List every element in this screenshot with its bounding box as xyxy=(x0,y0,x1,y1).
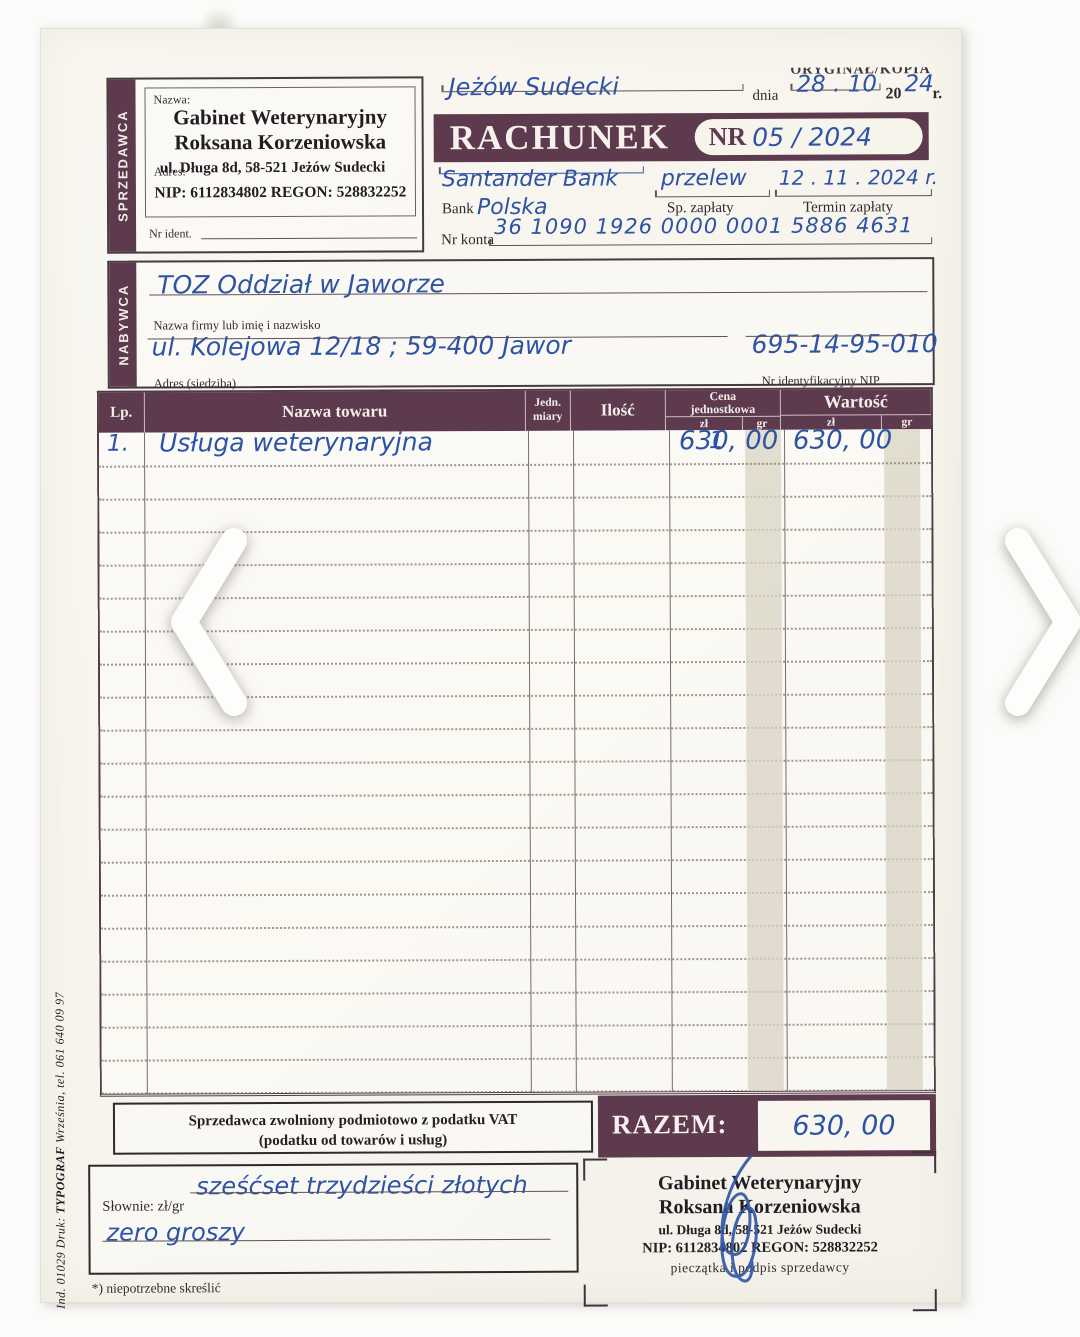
buyer-nip-handwritten: 695-14-95-010 xyxy=(752,329,938,359)
in-words-line1-handwritten: sześćset trzydzieści złotych xyxy=(196,1171,528,1200)
row-lp: 1. xyxy=(107,431,129,457)
buyer-section: NABYWCA TOZ Oddział w Jaworze Nazwa firm… xyxy=(107,257,935,389)
year-suffix: r. xyxy=(932,85,942,103)
seller-name-line2: Roksana Korzeniowska xyxy=(146,129,415,155)
total-amount-box: 630, 00 xyxy=(758,1100,930,1151)
seller-section-label: SPRZEDAWCA xyxy=(115,109,130,222)
amount-in-words-box: Słownie: zł/gr sześćset trzydzieści złot… xyxy=(88,1163,578,1275)
table-empty-row xyxy=(100,761,932,798)
place-handwritten: Jeżów Sudecki xyxy=(448,72,619,101)
in-words-line2-handwritten: zero groszy xyxy=(106,1218,245,1247)
rule-line xyxy=(655,196,770,198)
table-header: Lp. Nazwa towaru Jedn. miary Ilość Cena … xyxy=(99,389,931,433)
gr-strip-value xyxy=(884,429,923,1090)
table-empty-row xyxy=(101,893,933,930)
due-date-handwritten: 12 . 11 . 2024 r. xyxy=(779,165,938,190)
table-row: 1. Usługa weterynaryjna 1 630, 00 630, 0… xyxy=(99,429,931,468)
next-image-button[interactable] xyxy=(988,525,1080,720)
buyer-address-handwritten: ul. Kolejowa 12/18 ; 59-400 Jawor xyxy=(152,331,571,362)
seller-inner-box: Nazwa: Gabinet Weterynaryjny Roksana Kor… xyxy=(144,86,416,217)
payment-method-handwritten: przelew xyxy=(661,166,747,191)
rule-line xyxy=(489,243,932,246)
vat-exemption-note: Sprzedawca zwolniony podmiotowo z podatk… xyxy=(113,1101,593,1155)
invoice-title-banner: RACHUNEK NR 05 / 2024 xyxy=(434,112,929,162)
invoice-number-handwritten: 05 / 2024 xyxy=(752,122,872,152)
date-label: dnia xyxy=(752,88,778,105)
table-empty-row xyxy=(99,464,931,501)
total-box: RAZEM: 630, 00 xyxy=(598,1094,936,1157)
seller-nip-regon: NIP: 6112834802 REGON: 528832252 xyxy=(146,183,415,202)
seller-name-line1: Gabinet Weterynaryjny xyxy=(146,104,415,130)
col-name: Nazwa towaru xyxy=(143,391,524,433)
buyer-section-label: NABYWCA xyxy=(115,284,130,366)
in-words-label: Słownie: zł/gr xyxy=(102,1198,184,1215)
table-empty-row xyxy=(101,992,933,1029)
account-number-handwritten: 36 1090 1926 0000 0001 5886 4631 xyxy=(494,213,914,239)
table-empty-row xyxy=(101,827,933,864)
invoice-number-pill: NR 05 / 2024 xyxy=(695,118,923,155)
table-empty-row xyxy=(101,926,933,963)
previous-image-button[interactable] xyxy=(158,525,268,720)
col-value: Wartość zł gr xyxy=(780,389,931,430)
stamp-signature-area: Gabinet Weterynaryjny Roksana Korzeniows… xyxy=(583,1157,937,1285)
year-handwritten: 24 xyxy=(904,71,933,97)
table-empty-row xyxy=(101,794,933,831)
chevron-left-icon xyxy=(158,525,268,720)
rule-line xyxy=(201,237,417,239)
total-label: RAZEM: xyxy=(612,1109,728,1141)
year-prefix: 20 xyxy=(885,85,901,103)
table-empty-row xyxy=(101,860,933,897)
col-unit: Jedn. miary xyxy=(525,391,570,431)
table-empty-row xyxy=(102,1058,934,1094)
invoice-number-label: NR xyxy=(695,122,747,152)
row-unit-price: 630, 00 xyxy=(679,429,778,456)
date-handwritten: 28 . 10 xyxy=(796,71,877,97)
col-value-gr: gr xyxy=(881,415,932,429)
crop-mark-icon xyxy=(913,1289,937,1311)
crop-mark-icon xyxy=(584,1285,608,1307)
seller-address: ul. Długa 8d, 58-521 Jeżów Sudecki xyxy=(160,160,386,178)
rule-line xyxy=(775,195,932,197)
invoice-title: RACHUNEK xyxy=(434,117,670,158)
chevron-right-icon xyxy=(988,525,1080,720)
col-unit-price-zl: zł xyxy=(666,417,742,430)
image-viewer: ORYGINAŁ/KOPIA *) Jeżów Sudecki dnia 28 … xyxy=(0,0,1080,1337)
seller-section: SPRZEDAWCA Nazwa: Gabinet Weterynaryjny … xyxy=(106,76,424,253)
crop-mark-icon xyxy=(912,1151,936,1173)
items-table: Lp. Nazwa towaru Jedn. miary Ilość Cena … xyxy=(97,387,936,1097)
account-label: Nr konta xyxy=(441,232,494,249)
bank-label: Bank xyxy=(442,201,474,218)
signature-scribble xyxy=(673,1152,824,1303)
row-name: Usługa weterynaryjna xyxy=(159,429,433,457)
seller-section-bar: SPRZEDAWCA xyxy=(108,80,136,252)
row-value: 630, 00 xyxy=(793,429,892,456)
total-amount-handwritten: 630, 00 xyxy=(792,1110,895,1141)
table-empty-row xyxy=(100,728,932,765)
footnote: *) niepotrzebne skreślić xyxy=(92,1280,221,1297)
col-qty: Ilość xyxy=(569,390,665,430)
col-lp: Lp. xyxy=(99,393,144,433)
buyer-section-bar: NABYWCA xyxy=(109,263,137,387)
printer-info: Ind. 01029 Druk: TYPOGRAF Września, tel.… xyxy=(52,909,76,1309)
table-empty-row xyxy=(102,1025,934,1062)
bank-handwritten-line1: Santander Bank xyxy=(442,166,618,192)
col-value-zl: zł xyxy=(781,415,881,429)
table-empty-row xyxy=(101,959,933,996)
col-unit-price-gr: gr xyxy=(742,417,781,430)
seller-id-label: Nr ident. xyxy=(149,226,192,241)
col-unit-price: Cena jednostkowa zł gr xyxy=(665,390,780,431)
gr-strip-price xyxy=(745,430,784,1091)
